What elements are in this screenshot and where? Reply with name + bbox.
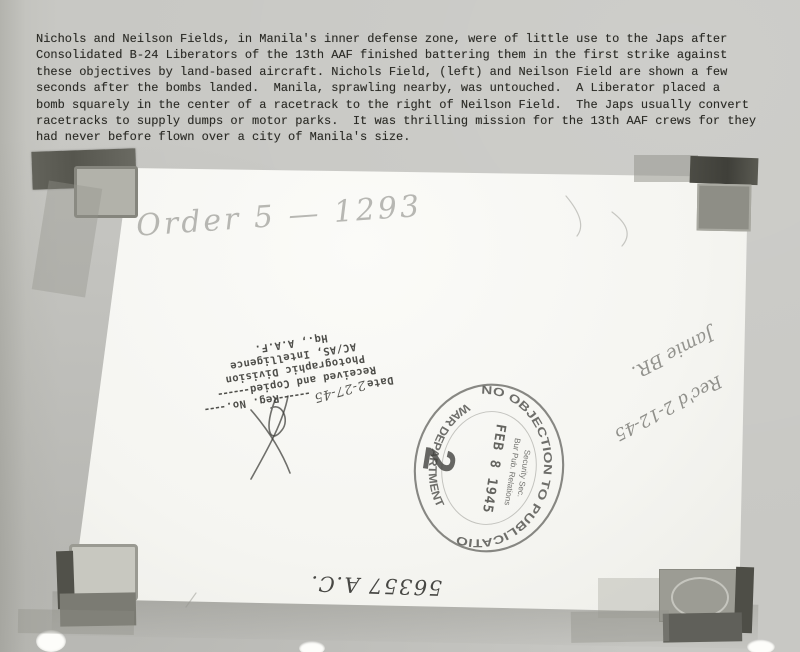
- caption-line: had never before flown over a city of Ma…: [36, 129, 781, 145]
- tape-top-left-strip: [32, 180, 103, 297]
- typed-caption: Nichols and Neilson Fields, in Manila's …: [36, 31, 781, 146]
- caption-line: Nichols and Neilson Fields, in Manila's …: [36, 31, 781, 47]
- war-department-censor-stamp: NO OBJECTION TO PUBLICATION WAR DEPARTME…: [393, 368, 585, 568]
- tape-top-right-light: [697, 184, 752, 232]
- ring-text-top: NO OBJECTION TO PUBLICATION: [455, 368, 585, 566]
- caption-line: these objectives by land-based aircraft.…: [36, 64, 781, 80]
- tape-top-right-dark: [690, 156, 759, 185]
- tape-bottom-left-strip: [18, 609, 134, 635]
- tape-bottom-right-strip: [571, 610, 670, 643]
- caption-line: seconds after the bombs landed. Manila, …: [36, 80, 781, 96]
- caption-line: bomb squarely in the center of a racetra…: [36, 97, 781, 113]
- tape-top-right-strip: [634, 155, 698, 182]
- censor-stamp-group: NO OBJECTION TO PUBLICATION WAR DEPARTME…: [402, 368, 585, 567]
- scanned-photo-verso: Nichols and Neilson Fields, in Manila's …: [0, 0, 800, 652]
- punch-hole: [299, 641, 325, 652]
- tape-bottom-right-dark: [663, 612, 742, 642]
- caption-line: Consolidated B-24 Liberators of the 13th…: [36, 47, 781, 63]
- censor-number: 2: [413, 444, 465, 476]
- punch-hole: [747, 639, 775, 652]
- caption-line: racetracks to supply dumps or motor park…: [36, 113, 781, 129]
- stamp-dashes: ----: [204, 400, 227, 415]
